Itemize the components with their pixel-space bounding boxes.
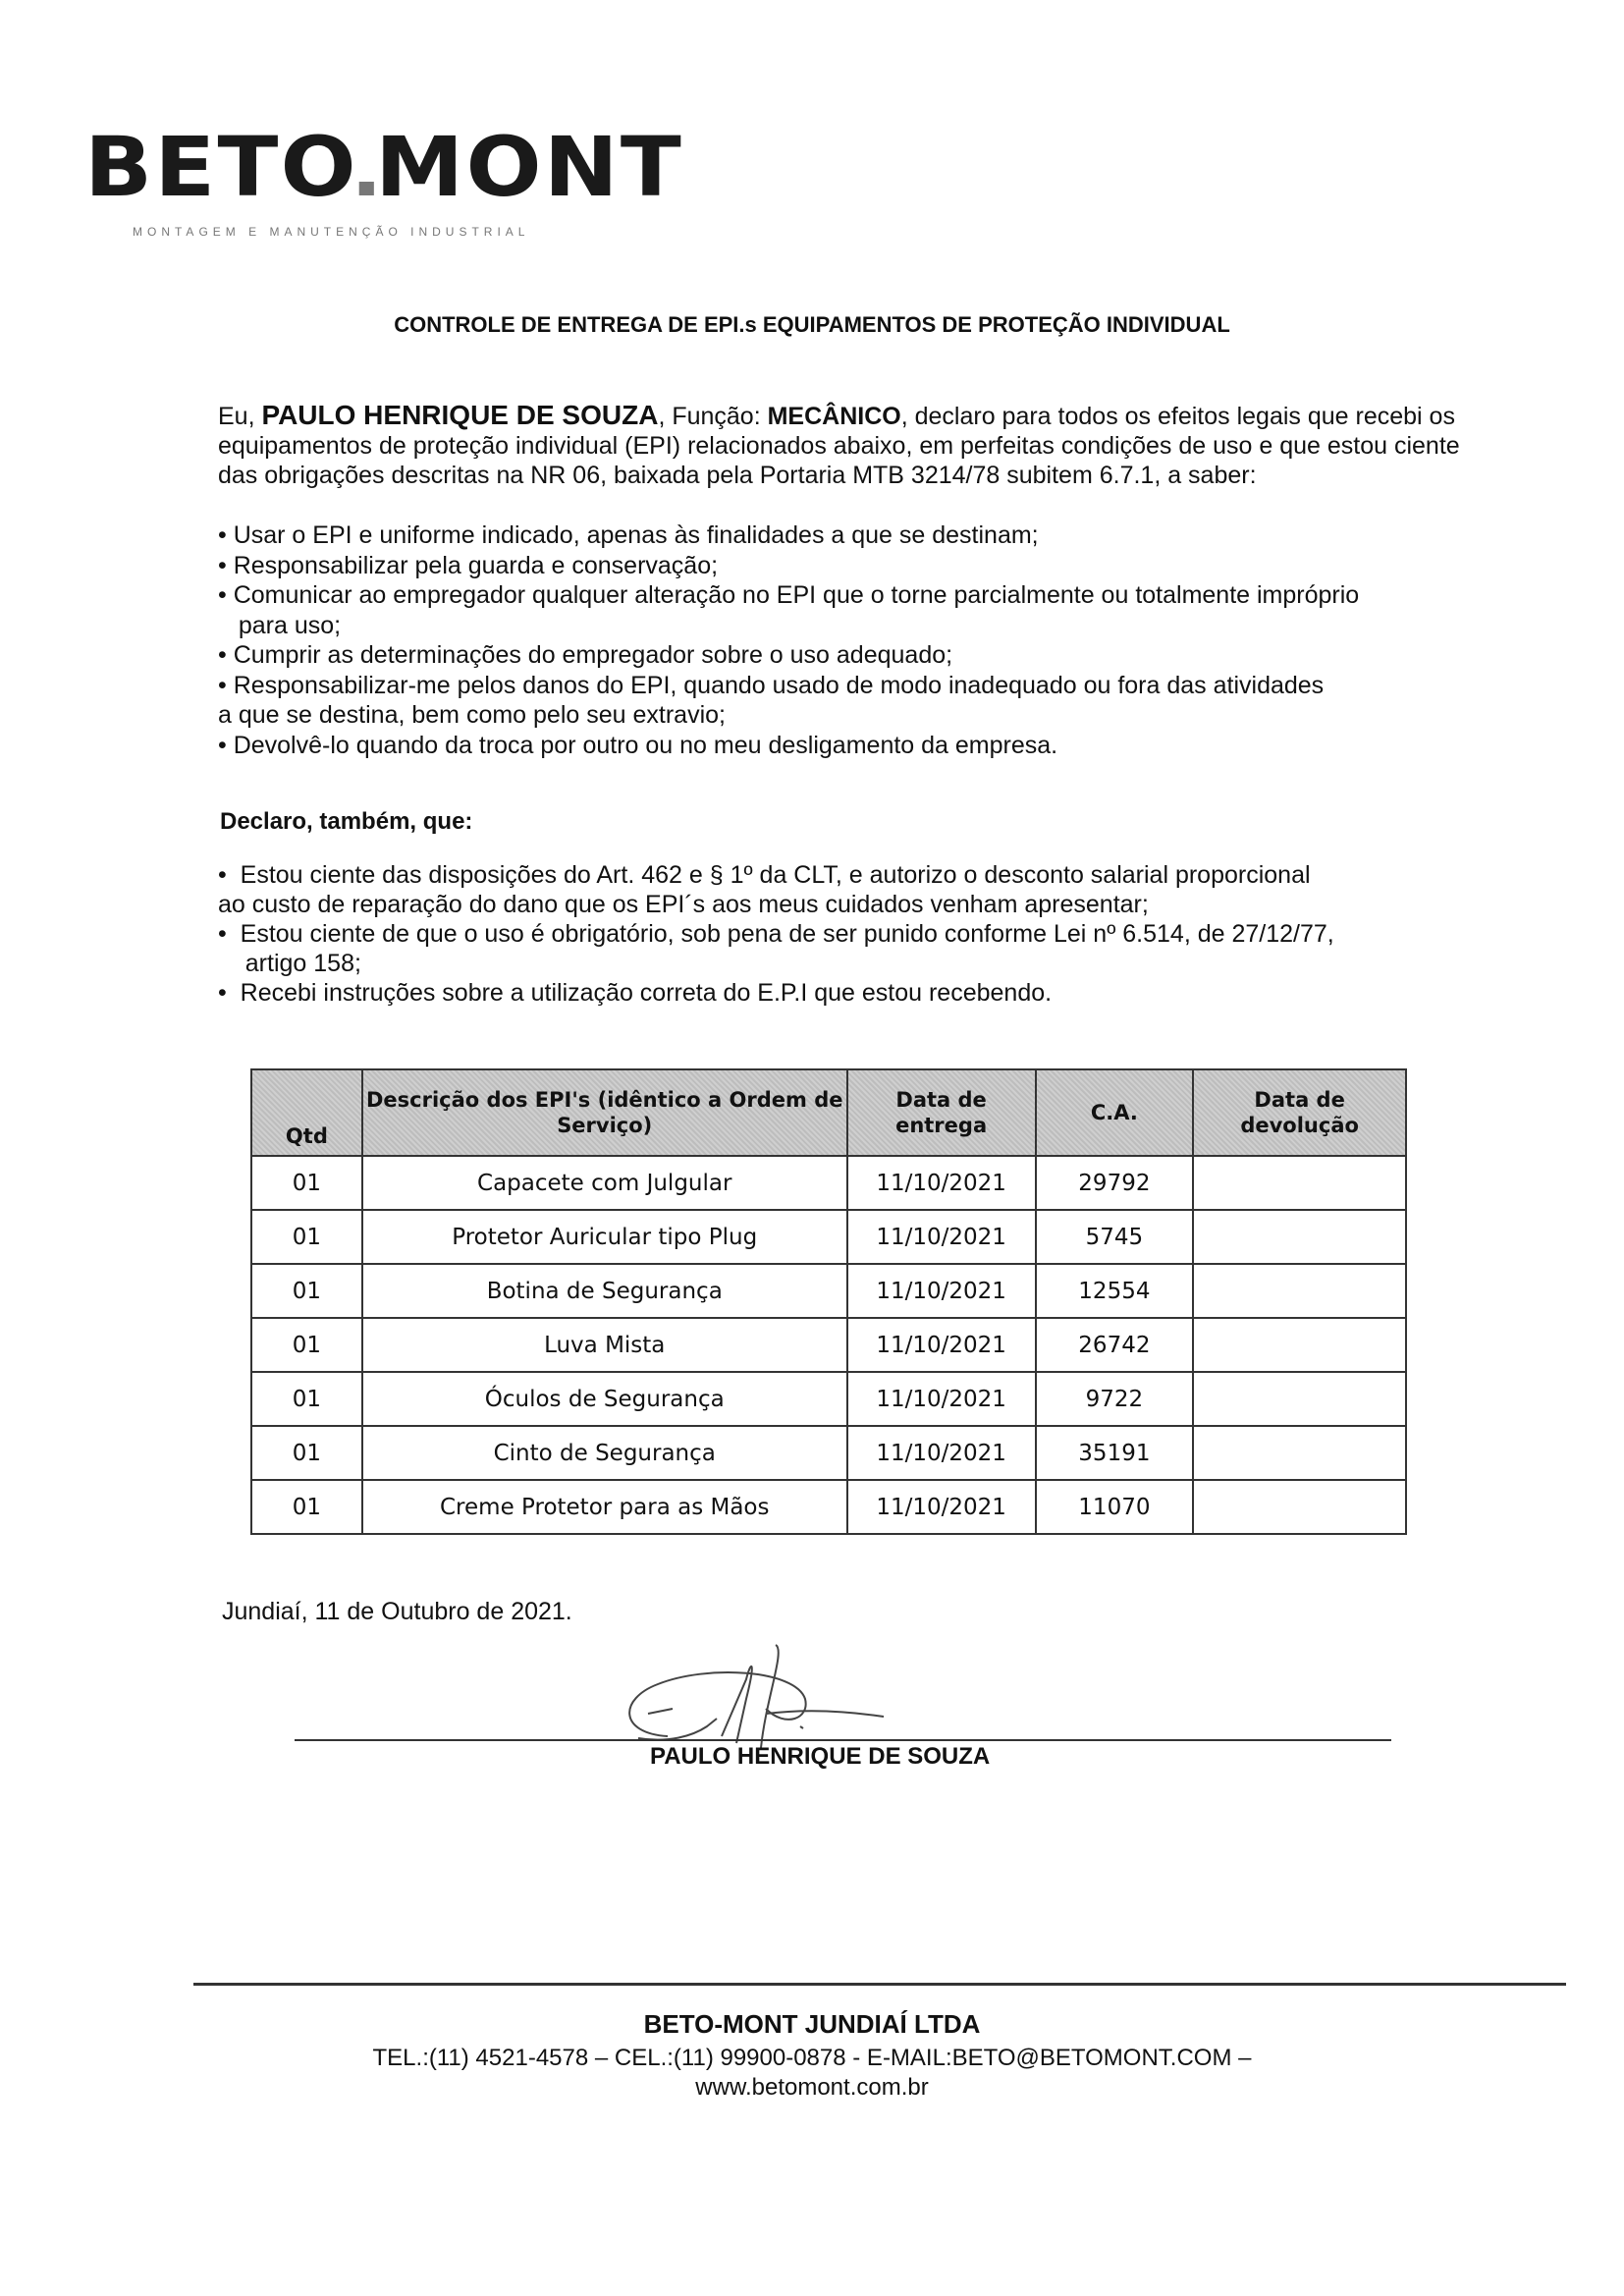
cell-delivery-date: 11/10/2021 <box>847 1480 1036 1534</box>
cell-description: Óculos de Segurança <box>362 1372 847 1426</box>
cell-description: Cinto de Segurança <box>362 1426 847 1480</box>
obligation-item: • Responsabilizar pela guarda e conserva… <box>218 551 1485 581</box>
document-title: CONTROLE DE ENTREGA DE EPI.s EQUIPAMENTO… <box>0 312 1624 338</box>
company-tagline: MONTAGEM E MANUTENÇÃO INDUSTRIAL <box>133 225 529 239</box>
cell-delivery-date: 11/10/2021 <box>847 1210 1036 1264</box>
intro-prefix: Eu, <box>218 403 261 430</box>
header-ca: C.A. <box>1036 1069 1194 1156</box>
table-row: 01Cinto de Segurança11/10/202135191 <box>251 1426 1406 1480</box>
footer-divider <box>193 1983 1566 1986</box>
table-row: 01Botina de Segurança11/10/202112554 <box>251 1264 1406 1318</box>
cell-ca: 12554 <box>1036 1264 1194 1318</box>
obligations-list: • Usar o EPI e uniforme indicado, apenas… <box>218 520 1485 760</box>
place-date: Jundiaí, 11 de Outubro de 2021. <box>222 1598 572 1626</box>
obligation-item: • Cumprir as determinações do empregador… <box>218 640 1485 671</box>
declaration-heading: Declaro, também, que: <box>220 808 472 836</box>
cell-return-date <box>1193 1264 1406 1318</box>
cell-ca: 5745 <box>1036 1210 1194 1264</box>
declaration-item: • Estou ciente de que o uso é obrigatóri… <box>218 919 1494 949</box>
obligation-item: • Comunicar ao empregador qualquer alter… <box>218 580 1485 611</box>
employee-role: MECÂNICO <box>768 403 901 430</box>
declarations-list: • Estou ciente das disposições do Art. 4… <box>218 860 1494 1008</box>
table-row: 01Creme Protetor para as Mãos11/10/20211… <box>251 1480 1406 1534</box>
footer-contact: TEL.:(11) 4521-4578 – CEL.:(11) 99900-08… <box>0 2045 1624 2072</box>
table-row: 01Capacete com Julgular11/10/202129792 <box>251 1156 1406 1210</box>
table-header-row: Qtd Descrição dos EPI's (idêntico a Orde… <box>251 1069 1406 1156</box>
obligation-item: • Usar o EPI e uniforme indicado, apenas… <box>218 520 1485 551</box>
declaration-item: • Recebi instruções sobre a utilização c… <box>218 978 1494 1008</box>
obligation-item: para uso; <box>218 611 1485 641</box>
declaration-item: artigo 158; <box>218 949 1494 978</box>
epi-table: Qtd Descrição dos EPI's (idêntico a Orde… <box>250 1068 1407 1535</box>
cell-ca: 29792 <box>1036 1156 1194 1210</box>
company-logo: BETOMONT <box>84 126 683 208</box>
cell-return-date <box>1193 1210 1406 1264</box>
header-qtd: Qtd <box>251 1069 362 1156</box>
cell-ca: 9722 <box>1036 1372 1194 1426</box>
cell-description: Creme Protetor para as Mãos <box>362 1480 847 1534</box>
declaration-item: ao custo de reparação do dano que os EPI… <box>218 890 1494 919</box>
header-return-date: Data de devolução <box>1193 1069 1406 1156</box>
signature-name: PAULO HENRIQUE DE SOUZA <box>650 1743 990 1771</box>
cell-qtd: 01 <box>251 1480 362 1534</box>
header-delivery-date: Data de entrega <box>847 1069 1036 1156</box>
cell-return-date <box>1193 1426 1406 1480</box>
cell-delivery-date: 11/10/2021 <box>847 1264 1036 1318</box>
cell-qtd: 01 <box>251 1318 362 1372</box>
cell-description: Capacete com Julgular <box>362 1156 847 1210</box>
role-label: , Função: <box>658 403 767 430</box>
cell-description: Luva Mista <box>362 1318 847 1372</box>
cell-delivery-date: 11/10/2021 <box>847 1156 1036 1210</box>
cell-description: Botina de Segurança <box>362 1264 847 1318</box>
logo-text-beto: BETO <box>84 119 358 215</box>
cell-ca: 26742 <box>1036 1318 1194 1372</box>
cell-delivery-date: 11/10/2021 <box>847 1426 1036 1480</box>
cell-description: Protetor Auricular tipo Plug <box>362 1210 847 1264</box>
logo-square-icon <box>359 182 374 195</box>
footer-website[interactable]: www.betomont.com.br <box>0 2074 1624 2102</box>
declaration-item: • Estou ciente das disposições do Art. 4… <box>218 860 1494 890</box>
logo-text-mont: MONT <box>375 119 683 215</box>
cell-return-date <box>1193 1156 1406 1210</box>
cell-qtd: 01 <box>251 1210 362 1264</box>
cell-return-date <box>1193 1480 1406 1534</box>
employee-name: PAULO HENRIQUE DE SOUZA <box>261 400 658 430</box>
footer-company: BETO-MONT JUNDIAÍ LTDA <box>0 2009 1624 2040</box>
cell-return-date <box>1193 1372 1406 1426</box>
table-row: 01Óculos de Segurança11/10/20219722 <box>251 1372 1406 1426</box>
cell-ca: 11070 <box>1036 1480 1194 1534</box>
cell-qtd: 01 <box>251 1156 362 1210</box>
signature-line <box>295 1739 1391 1741</box>
table-row: 01Protetor Auricular tipo Plug11/10/2021… <box>251 1210 1406 1264</box>
cell-return-date <box>1193 1318 1406 1372</box>
cell-qtd: 01 <box>251 1372 362 1426</box>
intro-paragraph: Eu, PAULO HENRIQUE DE SOUZA, Função: MEC… <box>218 401 1485 490</box>
obligation-item: • Responsabilizar-me pelos danos do EPI,… <box>218 671 1485 701</box>
cell-qtd: 01 <box>251 1264 362 1318</box>
obligation-item: • Devolvê-lo quando da troca por outro o… <box>218 731 1485 761</box>
header-description: Descrição dos EPI's (idêntico a Ordem de… <box>362 1069 847 1156</box>
cell-qtd: 01 <box>251 1426 362 1480</box>
table-row: 01Luva Mista11/10/202126742 <box>251 1318 1406 1372</box>
obligation-item: a que se destina, bem como pelo seu extr… <box>218 700 1485 731</box>
cell-ca: 35191 <box>1036 1426 1194 1480</box>
cell-delivery-date: 11/10/2021 <box>847 1372 1036 1426</box>
cell-delivery-date: 11/10/2021 <box>847 1318 1036 1372</box>
